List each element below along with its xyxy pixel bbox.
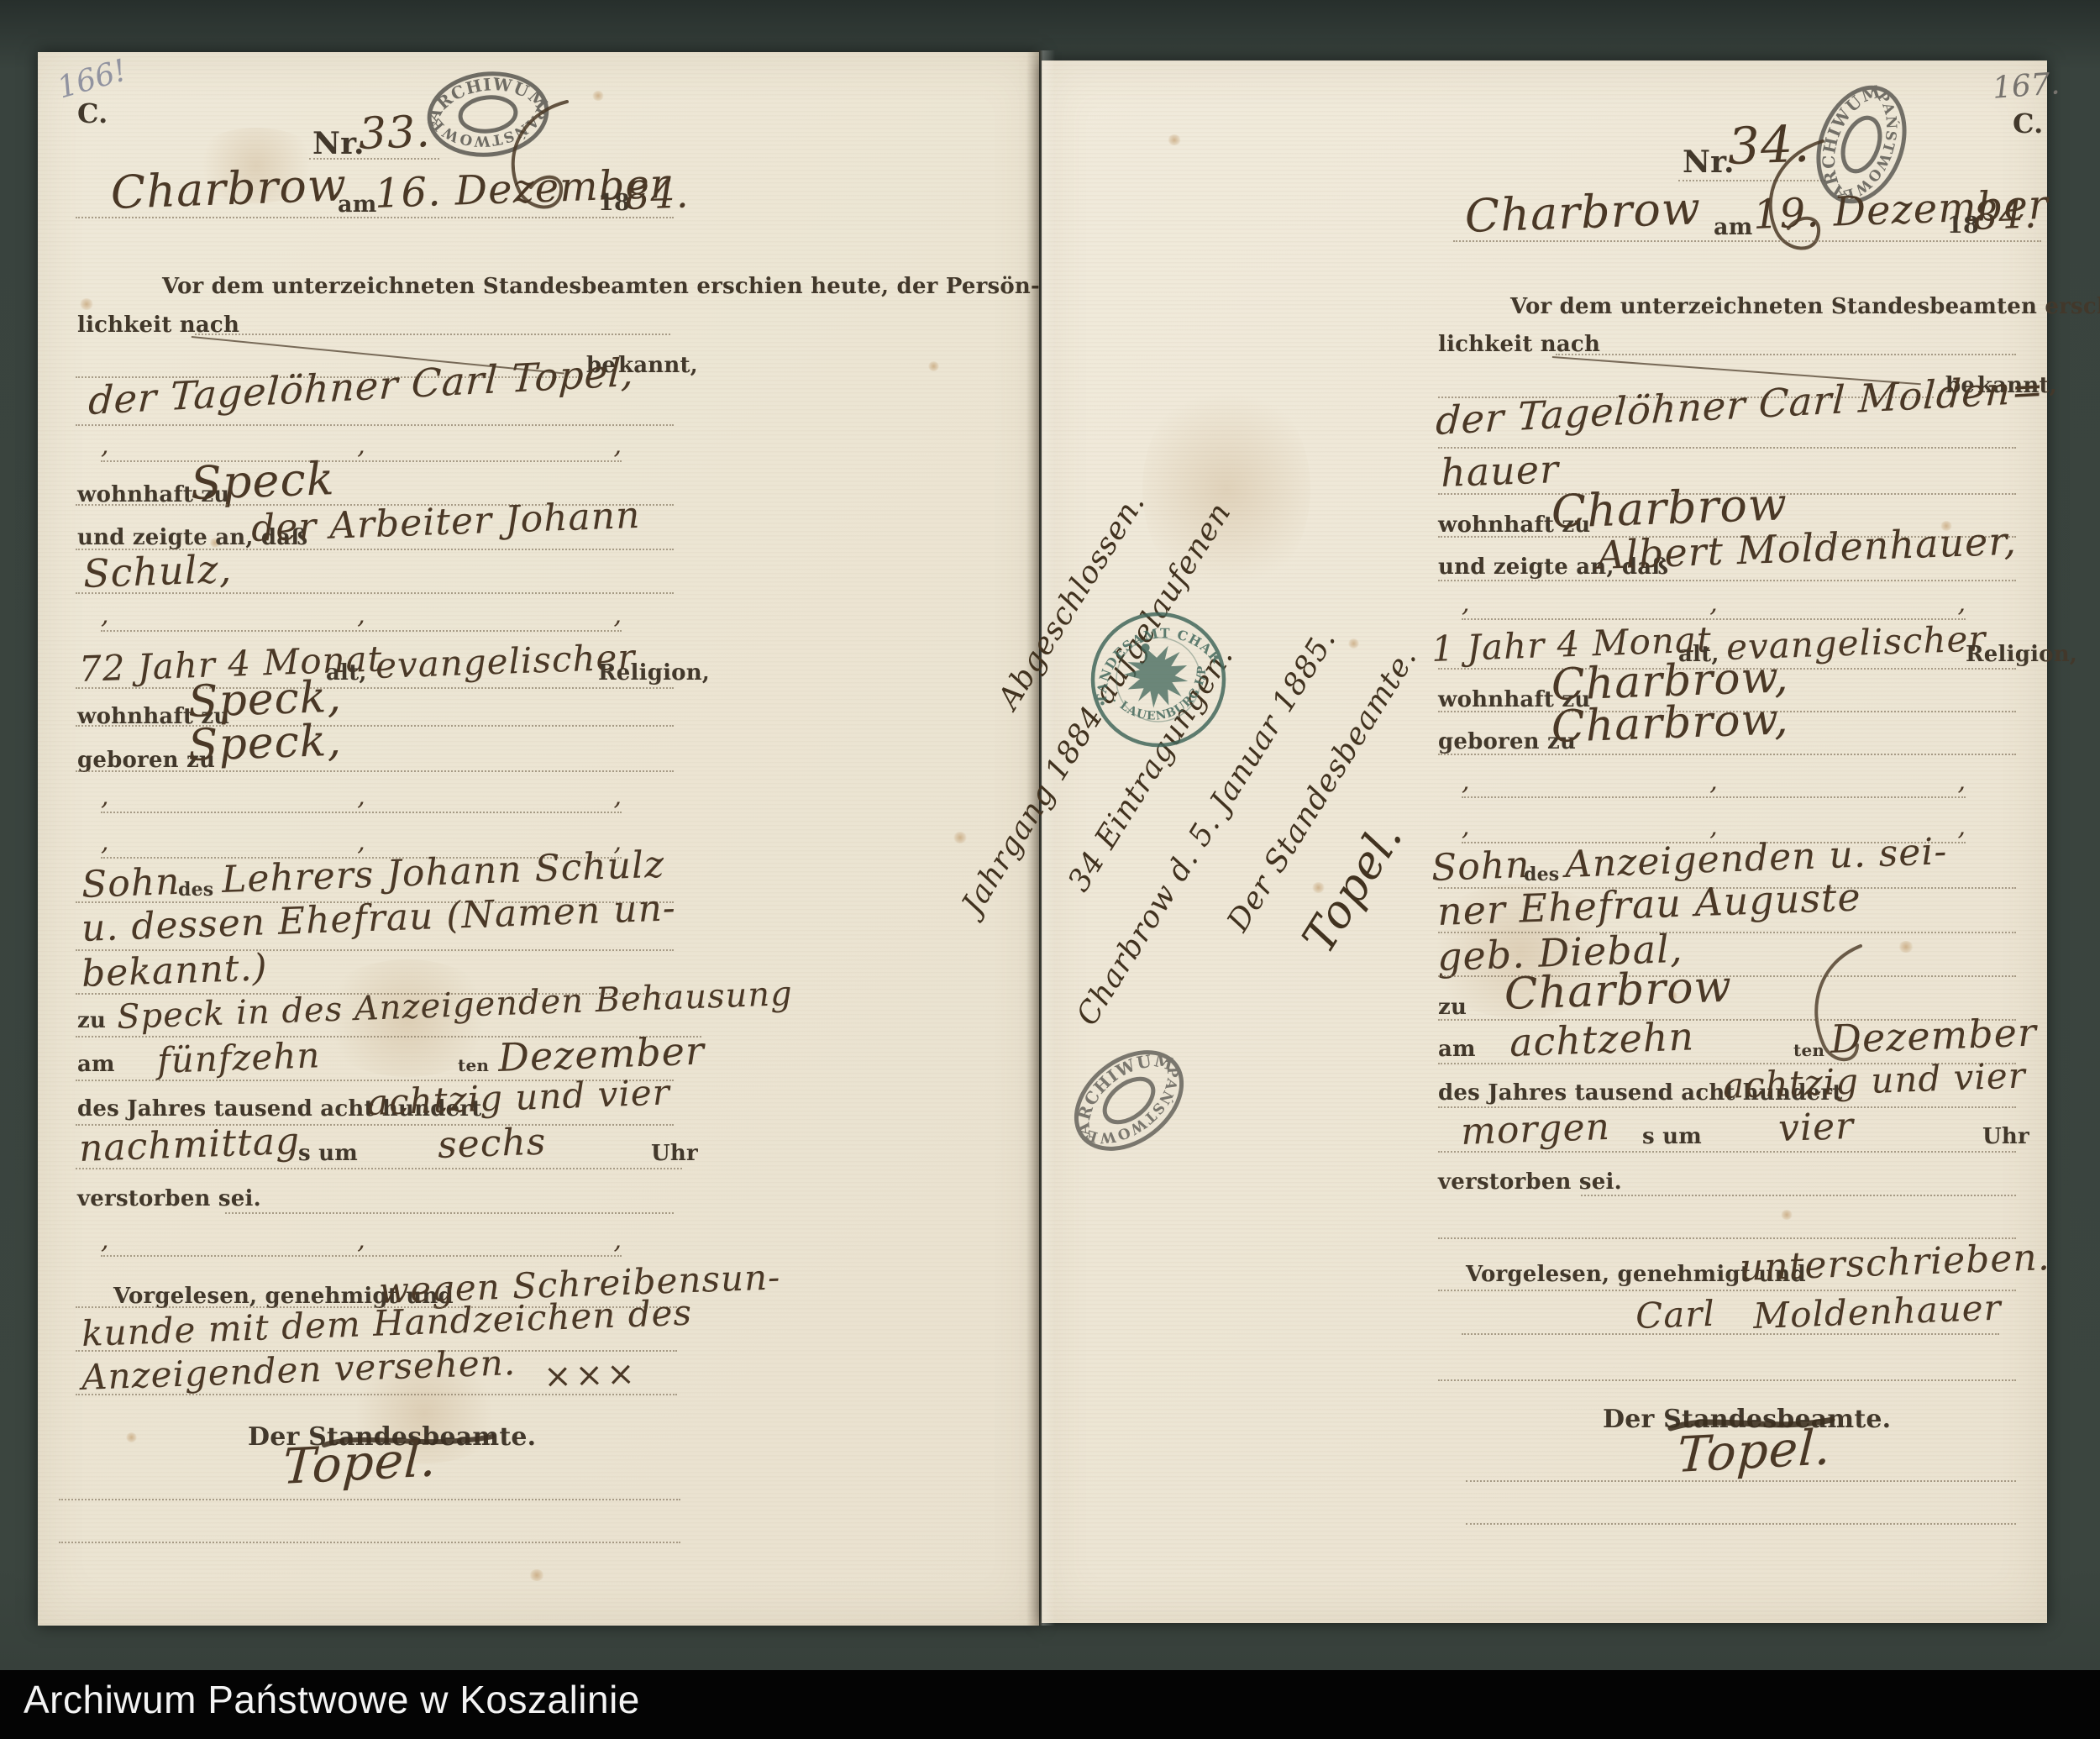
rule: [76, 725, 674, 727]
page-number-right: 167.: [1992, 66, 2061, 105]
declarant-signature-last: Moldenhauer: [1752, 1287, 2002, 1337]
am2-label-left: am: [77, 1052, 115, 1077]
record-number-label-left: Nr.: [312, 126, 365, 161]
foxing-spot: [1168, 134, 1181, 145]
death-hour-left: sechs: [437, 1121, 547, 1167]
ten-label-left: ten: [458, 1055, 489, 1075]
foxing-spot: [1781, 1210, 1793, 1220]
rule: [1462, 1333, 1999, 1335]
rule: [59, 1542, 680, 1543]
foxing-spot: [592, 91, 604, 101]
ink-tick: ,: [1709, 767, 1718, 796]
handmark-crosses: ×××: [543, 1354, 638, 1396]
foxing-spot: [126, 1432, 137, 1442]
death-hour-right: vier: [1777, 1105, 1855, 1150]
ink-tick: ,: [1957, 812, 1966, 842]
rule: [1466, 1523, 2016, 1525]
residence-value-left: Speck: [190, 452, 336, 510]
death-month-right: Dezember: [1830, 1009, 2038, 1062]
rule: [76, 687, 674, 689]
ink-tick: ,: [1957, 767, 1966, 796]
religion-label-right: Religion,: [1966, 642, 2077, 667]
foxing-spot: [928, 361, 939, 371]
mother-line2-left: bekannt.): [81, 946, 268, 996]
daytime-right: morgen: [1460, 1106, 1610, 1153]
ink-tick: ,: [613, 1226, 622, 1255]
uhr-label-right: Uhr: [1982, 1124, 2029, 1149]
ink-tick: ,: [613, 782, 622, 812]
daytime-left: nachmittag: [78, 1120, 301, 1170]
section-letter-left: C.: [77, 97, 108, 129]
rule: [59, 1499, 680, 1500]
des-label-left: des: [178, 879, 213, 901]
intro-line1-left: Vor dem unterzeichneten Standesbeamten e…: [162, 274, 1040, 299]
declarant-signature-first: Carl: [1635, 1293, 1715, 1337]
ink-tick: ,: [101, 601, 109, 630]
ink-tick: ,: [357, 431, 365, 460]
rule: [195, 334, 670, 335]
rule: [76, 1168, 682, 1169]
ink-tick: ,: [357, 782, 365, 812]
rule: [1581, 1195, 2016, 1196]
rule: [76, 424, 674, 426]
rule: [76, 592, 674, 594]
record-number-value-left: 33.: [358, 107, 432, 160]
tick-rule: ,,,: [101, 1225, 622, 1257]
ink-tick: ,: [613, 601, 622, 630]
ink-tick: ,: [101, 1226, 109, 1255]
ink-tick: ,: [357, 827, 365, 857]
ink-tick: ,: [1709, 589, 1718, 618]
son-word-left: Sohn: [81, 860, 181, 906]
year-written-left: 84.: [624, 171, 690, 218]
zu-label-left: zu: [77, 1008, 106, 1033]
ink-tick: ,: [357, 601, 365, 630]
ink-tick: ,: [101, 827, 109, 857]
religion-label-left: Religion,: [598, 660, 710, 686]
death-month-left: Dezember: [497, 1027, 706, 1080]
foxing-spot: [1898, 941, 1914, 953]
rule: [1438, 580, 2016, 581]
rule: [1453, 240, 2041, 242]
ink-tick: ,: [357, 1226, 365, 1255]
tick-rule: ,,,: [101, 430, 622, 462]
s-um-label-right: s um: [1642, 1124, 1702, 1149]
tick-rule: ,,,: [1462, 588, 1966, 620]
section-letter-right: C.: [2013, 108, 2043, 139]
document-scan: 166! C. Nr. 33. ARCHIWUM PAŃSTWOWE ★ ★ C…: [0, 0, 2100, 1739]
foxing-spot: [80, 298, 93, 310]
rule: [225, 1212, 674, 1214]
tick-rule: ,,,: [101, 600, 622, 632]
place-value-left: Charbrow: [110, 158, 348, 219]
rule: [1556, 354, 2016, 355]
am-label-right: am: [1714, 214, 1752, 240]
registrar-signature-left: Topel.: [281, 1430, 438, 1495]
foxing-spot: [529, 1569, 544, 1581]
rule: [1466, 1480, 2016, 1482]
ink-tick: ,: [101, 431, 109, 460]
rule: [76, 217, 674, 218]
registrar-signature-right: Topel.: [1676, 1418, 1833, 1484]
ink-tick: ,: [1957, 589, 1966, 618]
declarant-line2-right: hauer: [1440, 446, 1560, 496]
s-um-label-left: s um: [298, 1141, 358, 1166]
verstorben-label-right: verstorben sei.: [1438, 1169, 1622, 1195]
record-number-label-right: Nr.: [1683, 144, 1735, 180]
star-icon: ★: [426, 118, 437, 131]
year-written-right: 84.: [1972, 191, 2038, 239]
rule: [76, 1394, 677, 1395]
verstorben-label-left: verstorben sei.: [77, 1186, 261, 1211]
deceased-line2-left: Schulz,: [82, 546, 233, 596]
archive-watermark-bar: Archiwum Państwowe w Koszalinie: [0, 1670, 2100, 1739]
ten-label-right: ten: [1793, 1040, 1824, 1060]
rule: [1438, 1237, 2016, 1239]
rule: [1438, 1151, 2016, 1153]
uhr-label-left: Uhr: [651, 1141, 698, 1166]
death-day-right: achtzehn: [1509, 1013, 1695, 1065]
ink-tick: ,: [1462, 589, 1470, 618]
archive-watermark-label: Archiwum Państwowe w Koszalinie: [24, 1677, 640, 1722]
death-day-left: fünfzehn: [156, 1034, 321, 1081]
place-value-right: Charbrow: [1464, 181, 1702, 243]
rule: [76, 770, 674, 772]
rule: [1438, 1379, 2016, 1381]
am-label-left: am: [338, 192, 376, 218]
tick-rule: ,,,: [101, 781, 622, 813]
intro-line1-right: Vor dem unterzeichneten Standesbeamten e…: [1510, 294, 2100, 319]
birthplace-value-left: Speck,: [187, 716, 343, 771]
ink-tick: ,: [613, 431, 622, 460]
ink-tick: ,: [101, 782, 109, 812]
